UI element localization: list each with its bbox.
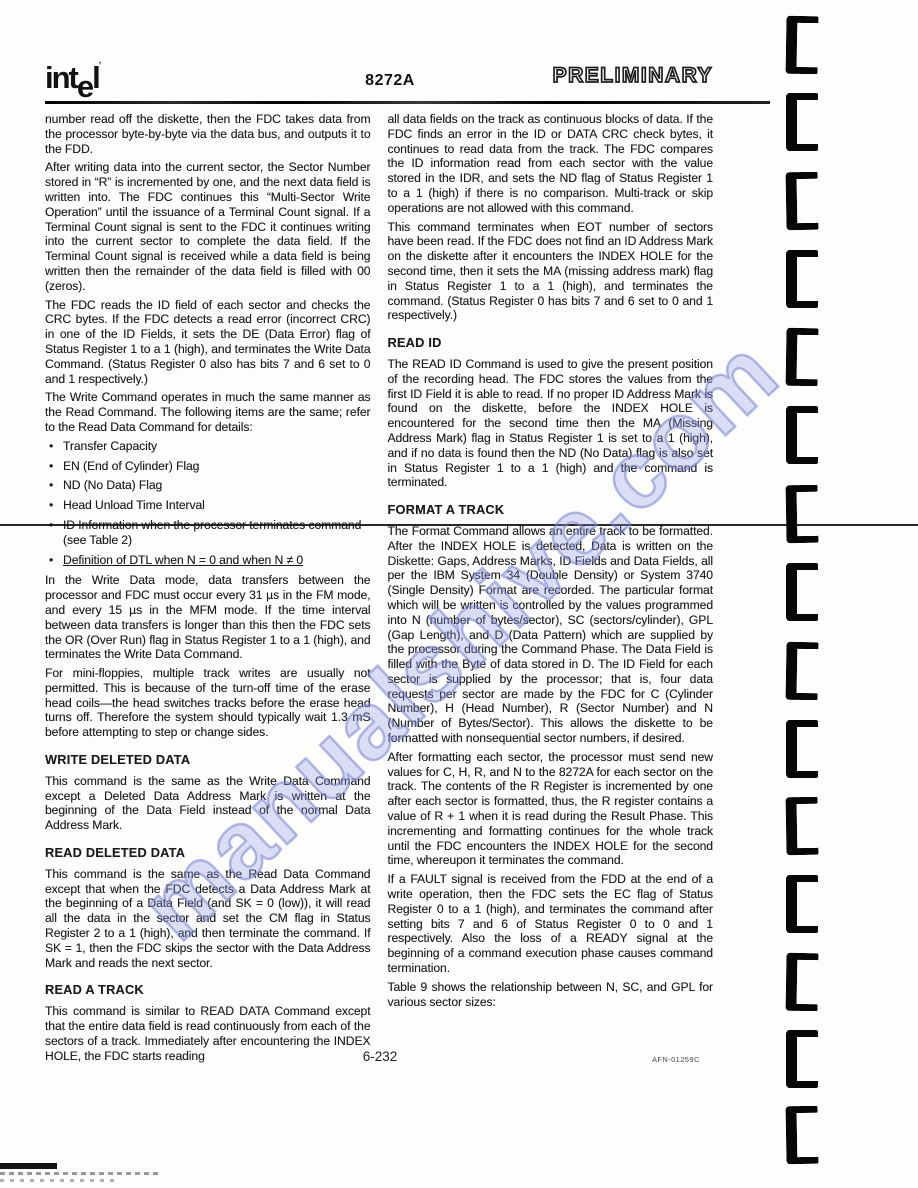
binder-mark xyxy=(786,93,818,151)
paragraph: The Format Command allows an entire trac… xyxy=(388,524,714,746)
binder-mark xyxy=(786,1030,818,1088)
intel-logo: intelʼ xyxy=(45,60,101,96)
paragraph: This command is the same as the Write Da… xyxy=(45,774,371,833)
page-number: 6-232 xyxy=(300,1049,460,1064)
paragraph: The READ ID Command is used to give the … xyxy=(388,357,714,490)
paragraph: For mini-floppies, multiple track writes… xyxy=(45,666,371,740)
part-number: 8272A xyxy=(330,72,450,90)
binder-mark xyxy=(785,172,818,231)
page-body: number read off the diskette, then the F… xyxy=(45,112,713,1067)
section-heading-read-a-track: READ A TRACK xyxy=(45,983,371,998)
binder-mark xyxy=(786,563,818,621)
scan-smudge-bar xyxy=(0,1163,57,1169)
logo-text-l: l xyxy=(92,60,99,95)
header-rule xyxy=(45,101,770,104)
scan-smudge-text xyxy=(0,1172,162,1175)
paragraph: Table 9 shows the relationship between N… xyxy=(388,980,714,1010)
bullet-item: ND (No Data) Flag xyxy=(49,478,371,493)
bullet-list: Transfer Capacity EN (End of Cylinder) F… xyxy=(45,439,371,568)
logo-dropped-e: e xyxy=(77,69,92,105)
binder-mark xyxy=(786,406,818,464)
paragraph: After writing data into the current sect… xyxy=(45,160,371,293)
bullet-item: EN (End of Cylinder) Flag xyxy=(49,459,371,474)
bullet-item: ID Information when the processor termin… xyxy=(49,518,371,548)
binder-mark xyxy=(785,797,818,856)
logo-text: int xyxy=(45,60,77,95)
paragraph: The Write Command operates in much the s… xyxy=(45,390,371,434)
binder-mark xyxy=(785,485,818,544)
paragraph: If a FAULT signal is received from the F… xyxy=(388,872,714,976)
binder-mark xyxy=(786,250,818,308)
paragraph: number read off the diskette, then the F… xyxy=(45,112,371,156)
binder-mark xyxy=(785,953,818,1012)
preliminary-stamp: PRELIMINARY xyxy=(553,64,713,88)
bullet-item: Transfer Capacity xyxy=(49,439,371,454)
binder-mark xyxy=(785,642,818,701)
section-heading-write-deleted-data: WRITE DELETED DATA xyxy=(45,753,371,768)
paragraph: This command terminates when EOT number … xyxy=(388,220,714,324)
binder-mark xyxy=(785,328,818,387)
section-heading-format-a-track: FORMAT A TRACK xyxy=(388,503,714,518)
paragraph: all data fields on the track as continuo… xyxy=(388,112,714,216)
paragraph: In the Write Data mode, data transfers b… xyxy=(45,573,371,662)
scan-artifact-line xyxy=(0,524,918,526)
bullet-item: Head Unload Time Interval xyxy=(49,498,371,513)
paragraph: After formatting each sector, the proces… xyxy=(388,750,714,868)
datasheet-page: intelʼ 8272A PRELIMINARY number read off… xyxy=(0,0,918,1188)
scan-smudge-text xyxy=(0,1179,118,1182)
logo-trademark-tick: ʼ xyxy=(99,60,102,70)
paragraph: The FDC reads the ID field of each secto… xyxy=(45,298,371,387)
binder-mark xyxy=(786,875,818,933)
binder-mark xyxy=(786,720,818,778)
bullet-item: Definition of DTL when N = 0 and when N … xyxy=(49,553,371,568)
section-heading-read-id: READ ID xyxy=(388,336,714,351)
paragraph: This command is the same as the Read Dat… xyxy=(45,867,371,971)
document-code: AFN-01259C xyxy=(652,1055,700,1064)
binder-mark xyxy=(785,1106,818,1165)
section-heading-read-deleted-data: READ DELETED DATA xyxy=(45,846,371,861)
binder-mark xyxy=(785,16,818,75)
right-column: all data fields on the track as continuo… xyxy=(388,112,714,1067)
left-column: number read off the diskette, then the F… xyxy=(45,112,371,1067)
